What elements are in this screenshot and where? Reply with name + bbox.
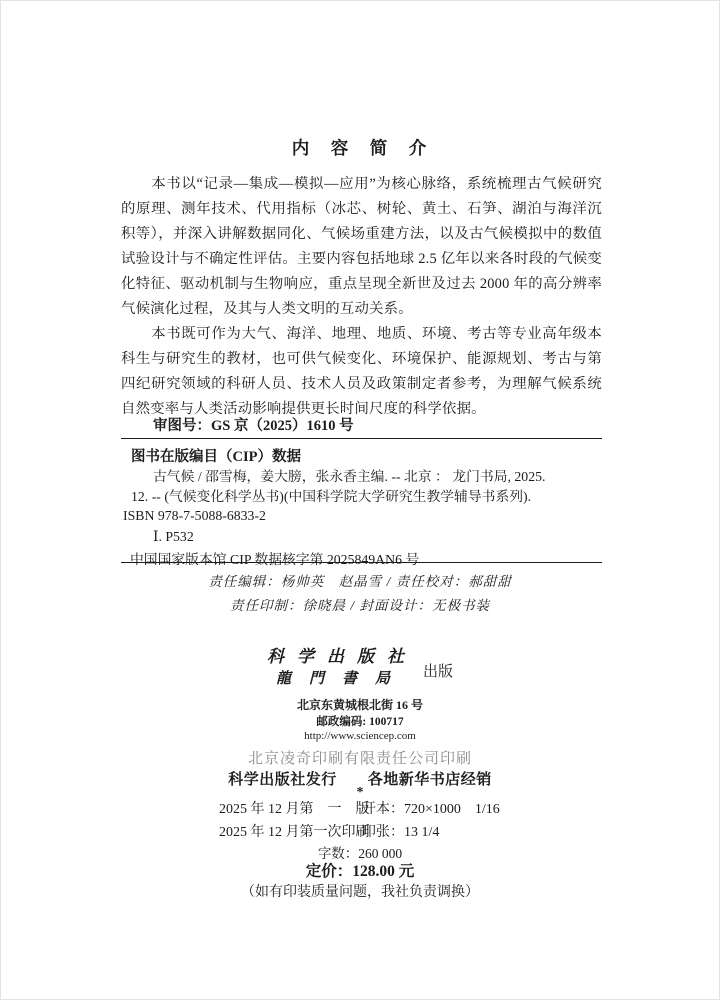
cip-line-title-authors: 古气候 / 邵雪梅，姜大膀，张永香主编. -- 北京 ： 龙门书局, 2025.: [121, 467, 613, 487]
edition-date: 2025 年 12 月第 一 版: [219, 798, 362, 821]
cip-line-classification: Ⅰ. P532: [121, 527, 613, 547]
publisher-url: http://www.sciencep.com: [1, 730, 719, 742]
quality-exchange-note: （如有印装质量问题，我社负责调换）: [1, 881, 719, 901]
cip-header: 图书在版编目（CIP）数据: [131, 445, 301, 466]
cip-line-series: 12. -- (气候变化科学丛书)(中国科学院大学研究生教学辅导书系列).: [121, 487, 613, 507]
intro-paragraph-2: 本书既可作为大气、海洋、地理、地质、环境、考古等专业高年级本科生与研究生的教材，…: [121, 322, 602, 422]
credit-editors: 责任编辑：杨帅英 赵晶雪 / 责任校对：郝甜甜: [1, 570, 719, 594]
publisher-address: 北京东黄城根北街 16 号: [1, 696, 719, 713]
printing-date: 2025 年 12 月第一次印刷: [219, 821, 362, 844]
intro-body: 本书以“记录—集成—模拟—应用”为核心脉络，系统梳理古气候研究的原理、测年技术、…: [121, 172, 602, 422]
edition-row-first-edition: 2025 年 12 月第 一 版 开本：720×1000 1/16: [219, 798, 500, 821]
publisher-block: 科学出版社 龍門書局 出版: [1, 646, 719, 690]
publisher-name-science-press: 科学出版社: [267, 646, 417, 667]
credit-print-design: 责任印制：徐晓晨 / 封面设计：无极书装: [1, 594, 719, 618]
divider-line-top: [121, 438, 602, 439]
intro-paragraph-1: 本书以“记录—集成—模拟—应用”为核心脉络，系统梳理古气候研究的原理、测年技术、…: [121, 172, 602, 322]
edition-row-first-printing: 2025 年 12 月第一次印刷 印张：13 1/4: [219, 821, 500, 844]
publisher-postcode: 邮政编码: 100717: [1, 713, 719, 729]
cip-line-registry-number: 中国国家版本馆 CIP 数据核字第 2025849AN6 号: [121, 550, 613, 570]
sheets-spec: 印张：13 1/4: [362, 821, 439, 844]
cip-data-block: 古气候 / 邵雪梅，姜大膀，张永香主编. -- 北京 ： 龙门书局, 2025.…: [121, 467, 613, 570]
intro-title: 内 容 简 介: [1, 135, 719, 160]
format-spec: 开本：720×1000 1/16: [362, 798, 500, 821]
divider-line-bottom: [121, 562, 602, 563]
publisher-role-label: 出版: [423, 660, 453, 681]
price: 定价：128.00 元: [1, 859, 719, 881]
copyright-page: 内 容 简 介 本书以“记录—集成—模拟—应用”为核心脉络，系统梳理古气候研究的…: [0, 0, 720, 1000]
edition-info: 2025 年 12 月第 一 版 开本：720×1000 1/16 2025 年…: [219, 798, 500, 844]
printer-line: 北京凌奇印刷有限责任公司印刷: [1, 747, 719, 768]
cip-line-isbn: ISBN 978-7-5088-6833-2: [121, 506, 613, 526]
publisher-name-longmen-books: 龍門書局: [267, 669, 417, 690]
staff-credits: 责任编辑：杨帅英 赵晶雪 / 责任校对：郝甜甜 责任印制：徐晓晨 / 封面设计：…: [1, 570, 719, 618]
publisher-logotype: 科学出版社 龍門書局: [267, 646, 417, 690]
map-approval-number: 审图号：GS 京（2025）1610 号: [153, 414, 354, 435]
